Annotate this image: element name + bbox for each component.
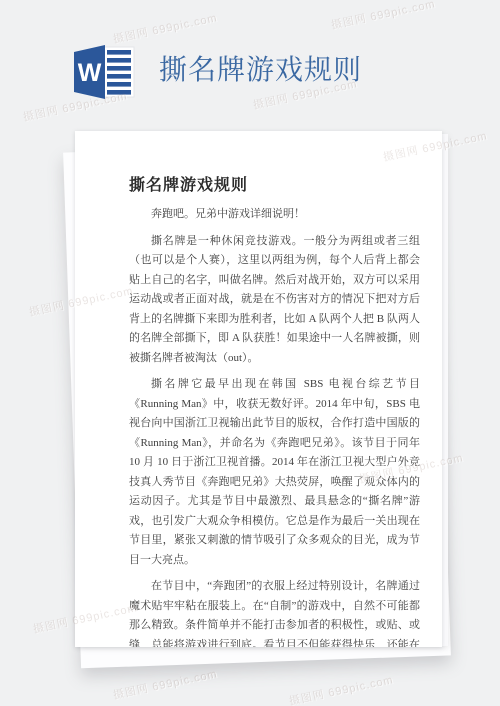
- document-paragraph: 撕名牌它最早出现在韩国 SBS 电视台综艺节目《Running Man》中，收获…: [129, 375, 420, 570]
- document-body: 奔跑吧。兄弟中游戏详细说明！ 撕名牌是一种休闲竞技游戏。一般分为两组或者三组（也…: [75, 197, 442, 647]
- document-paragraph: 撕名牌是一种休闲竞技游戏。一般分为两组或者三组（也可以是个人赛），这里以两组为例…: [129, 232, 420, 369]
- document-page: 撕名牌游戏规则 奔跑吧。兄弟中游戏详细说明！ 撕名牌是一种休闲竞技游戏。一般分为…: [75, 131, 442, 647]
- word-icon-letter: W: [78, 59, 102, 87]
- document-heading: 撕名牌游戏规则: [75, 131, 442, 197]
- document-paragraph: 奔跑吧。兄弟中游戏详细说明！: [129, 205, 420, 225]
- word-icon: W: [72, 42, 136, 102]
- watermark-text: 摄图网 699pic.com: [111, 665, 218, 703]
- hero-banner: W 撕名牌游戏规则: [0, 0, 500, 120]
- watermark-text: 摄图网 699pic.com: [287, 671, 394, 706]
- document-paragraph: 在节目中，“奔跑团”的衣服上经过特别设计，名牌通过魔术贴牢牢粘在服装上。在“自制…: [129, 577, 420, 647]
- page-title: 撕名牌游戏规则: [159, 53, 362, 87]
